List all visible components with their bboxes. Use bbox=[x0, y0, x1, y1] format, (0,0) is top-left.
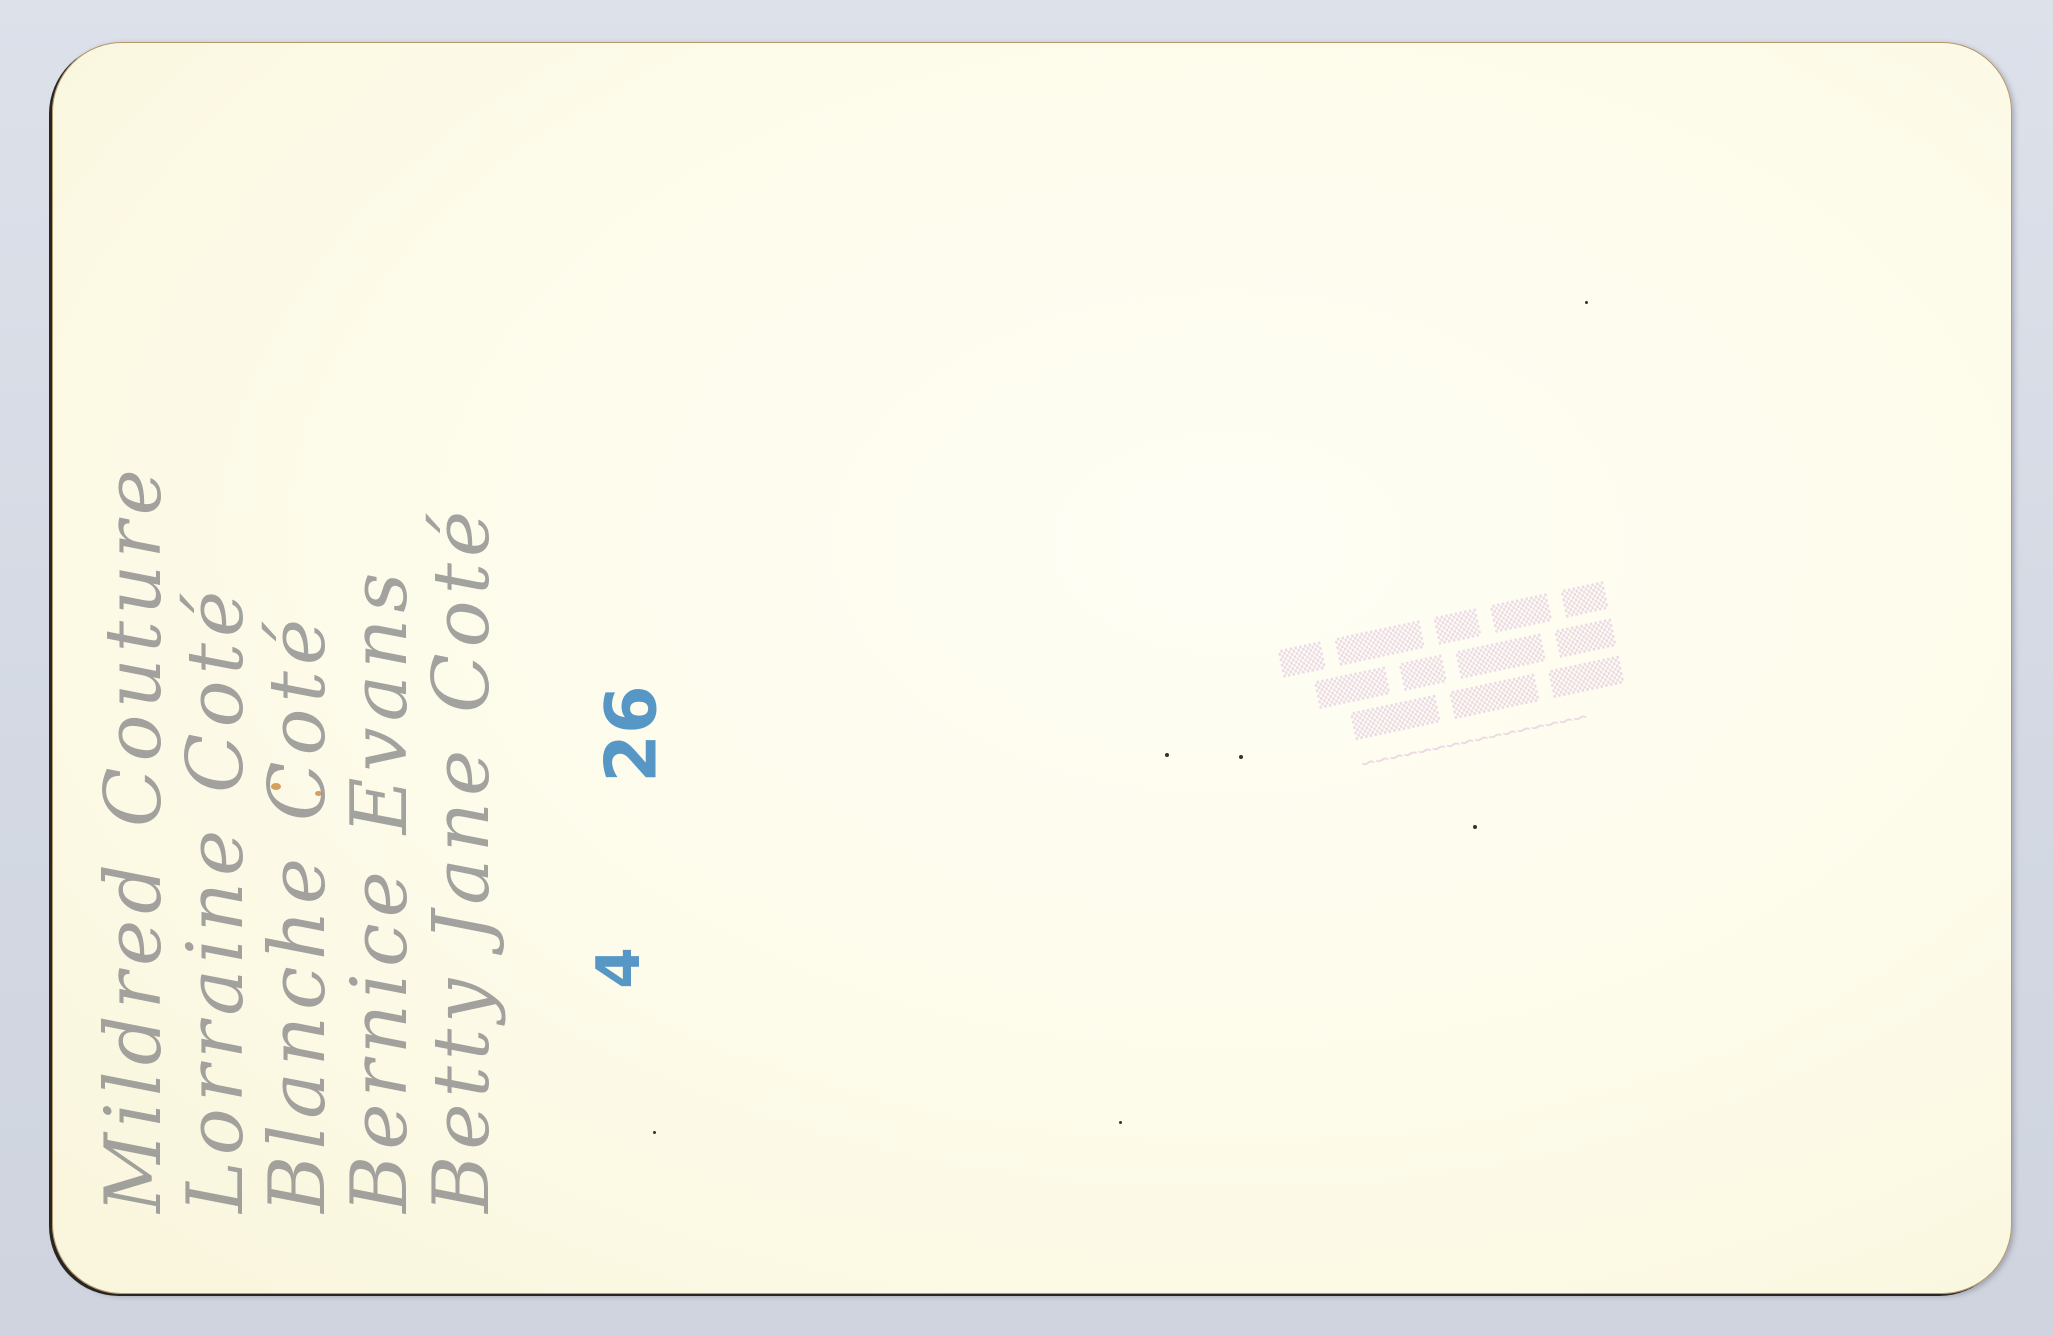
pencil-handwriting: Mildred Couture Lorraine Coté Blanche Co… bbox=[93, 63, 503, 1213]
dust-speck bbox=[1119, 1121, 1122, 1124]
dust-speck bbox=[1165, 753, 1169, 757]
handwriting-line: Lorraine Coté bbox=[175, 63, 257, 1213]
handwriting-line: Bernice Evans bbox=[339, 63, 421, 1213]
dust-speck bbox=[1473, 825, 1477, 829]
blue-number-26: 26 bbox=[591, 685, 673, 782]
handwriting-line: Mildred Couture bbox=[93, 63, 175, 1213]
dust-speck bbox=[1239, 755, 1243, 759]
dust-speck bbox=[653, 1131, 656, 1134]
handwriting-line: Blanche Coté bbox=[257, 63, 339, 1213]
faint-stamp: ▒▒▒ ▒▒▒▒ ▒▒▒ ▒▒▒▒▒▒ ▒▒▒ ▒▒▒▒ ▒▒▒▒▒▒ ▒▒▒ … bbox=[897, 572, 1670, 1044]
rust-stain bbox=[271, 783, 281, 790]
blue-number-4: 4 bbox=[584, 947, 654, 989]
rust-stain bbox=[315, 791, 322, 796]
photo-card-back: Mildred Couture Lorraine Coté Blanche Co… bbox=[52, 42, 2012, 1294]
dust-speck bbox=[1585, 301, 1588, 304]
handwriting-line: Betty Jane Coté bbox=[421, 63, 503, 1213]
